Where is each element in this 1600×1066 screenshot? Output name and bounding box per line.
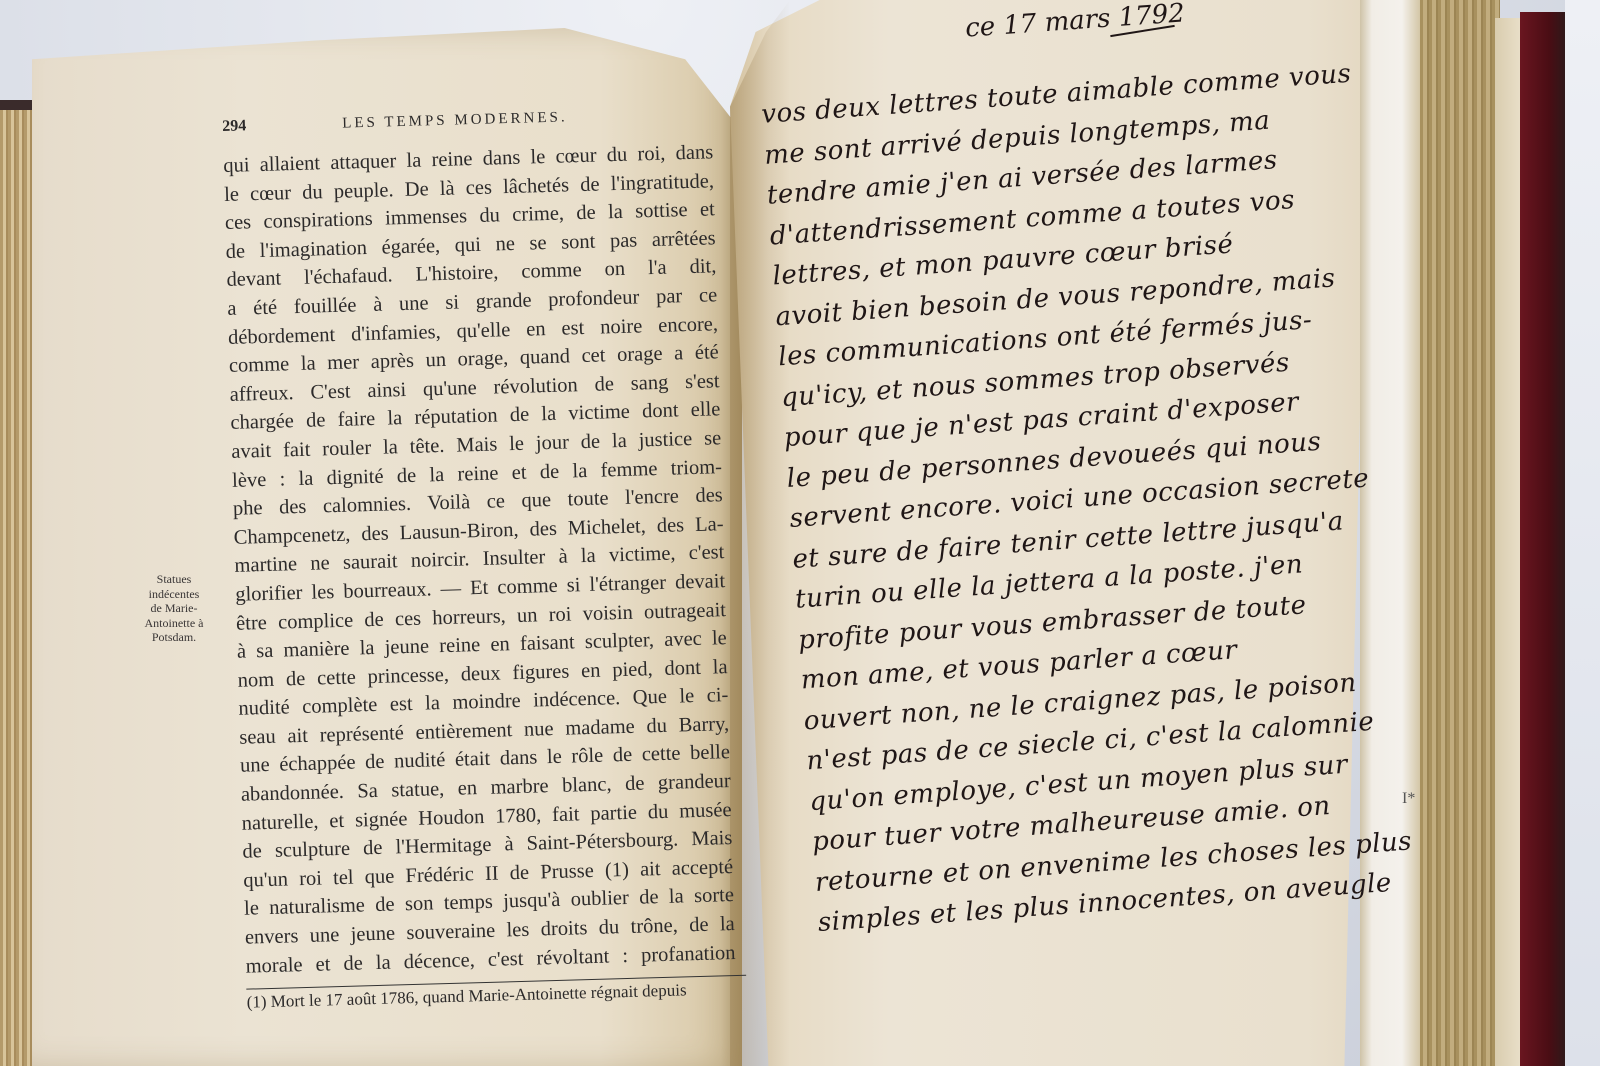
marginal-note-line: indécentes <box>132 587 216 602</box>
background-cloth-right <box>1565 0 1600 1066</box>
marginal-note-line: Potsdam. <box>132 630 216 645</box>
running-head-title: LES TEMPS MODERNES. <box>342 109 568 132</box>
stray-print-mark: I* <box>1402 790 1415 808</box>
handwritten-letter: vos deux lettres toute aimable comme vou… <box>760 53 1418 943</box>
marginal-note: Statues indécentes de Marie- Antoinette … <box>132 572 216 645</box>
marginal-note-line: Statues <box>132 572 216 587</box>
right-gilt-edges <box>1420 0 1500 1066</box>
red-book-cover <box>1520 12 1568 1066</box>
printed-text-block: 294 LES TEMPS MODERNES. qui allaient att… <box>222 104 737 1014</box>
marginal-note-line: Antoinette à <box>132 616 216 631</box>
left-page-edges <box>0 110 36 1066</box>
page-number: 294 <box>222 115 342 136</box>
marginal-note-line: de Marie- <box>132 601 216 616</box>
